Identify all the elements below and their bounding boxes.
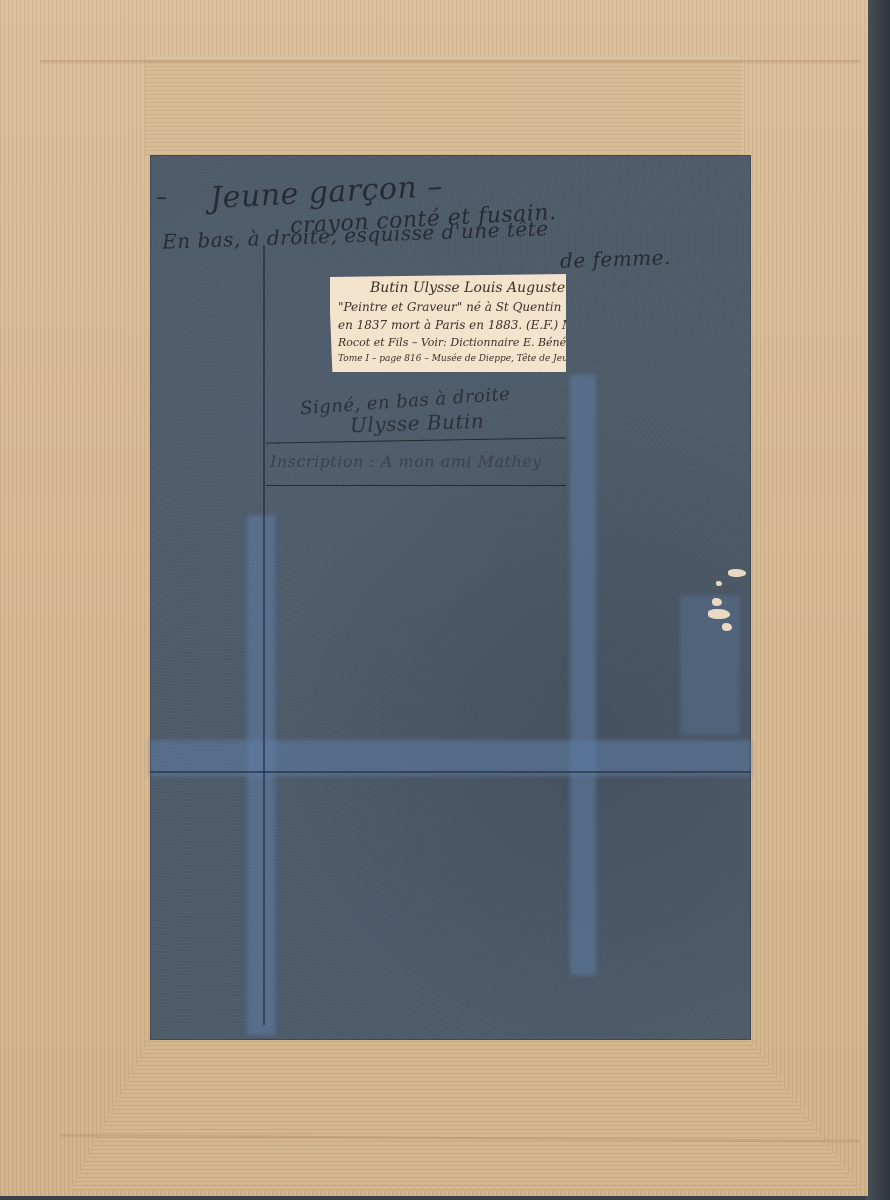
paint-flake	[712, 598, 722, 606]
paint-flake	[708, 609, 730, 619]
ruled-line	[266, 437, 566, 443]
paint-flake	[728, 569, 746, 577]
label-line: Tome I – page 816 – Musée de Dieppe, Têt…	[338, 354, 599, 364]
tape-residue-streak	[570, 375, 596, 975]
ruled-line	[266, 485, 566, 486]
dark-backdrop	[866, 0, 890, 1200]
annotation-sketch-line2: de femme.	[560, 245, 672, 273]
label-line: Rocot et Fils – Voir: Dictionnaire E. Bé…	[338, 336, 580, 349]
paper-crease	[40, 60, 860, 64]
label-line: Butin Ulysse Louis Auguste	[370, 280, 565, 296]
label-line: "Peintre et Graveur" né à St Quentin	[338, 300, 561, 314]
mount-top-band	[145, 58, 742, 155]
mount-bottom-band	[70, 1040, 860, 1190]
fold-line	[150, 771, 751, 773]
signature-note-line2: Ulysse Butin	[350, 409, 485, 438]
pasted-paper-label: Butin Ulysse Louis Auguste "Peintre et G…	[330, 274, 566, 372]
paint-flake	[722, 623, 732, 631]
fold-line	[263, 245, 265, 1025]
paint-flake	[716, 581, 722, 586]
inscription-note: Inscription : A mon ami Mathey	[270, 452, 542, 471]
annotation-dash: –	[156, 185, 168, 210]
photo-scene: – Jeune garçon – crayon conté et fusain.…	[0, 0, 890, 1200]
